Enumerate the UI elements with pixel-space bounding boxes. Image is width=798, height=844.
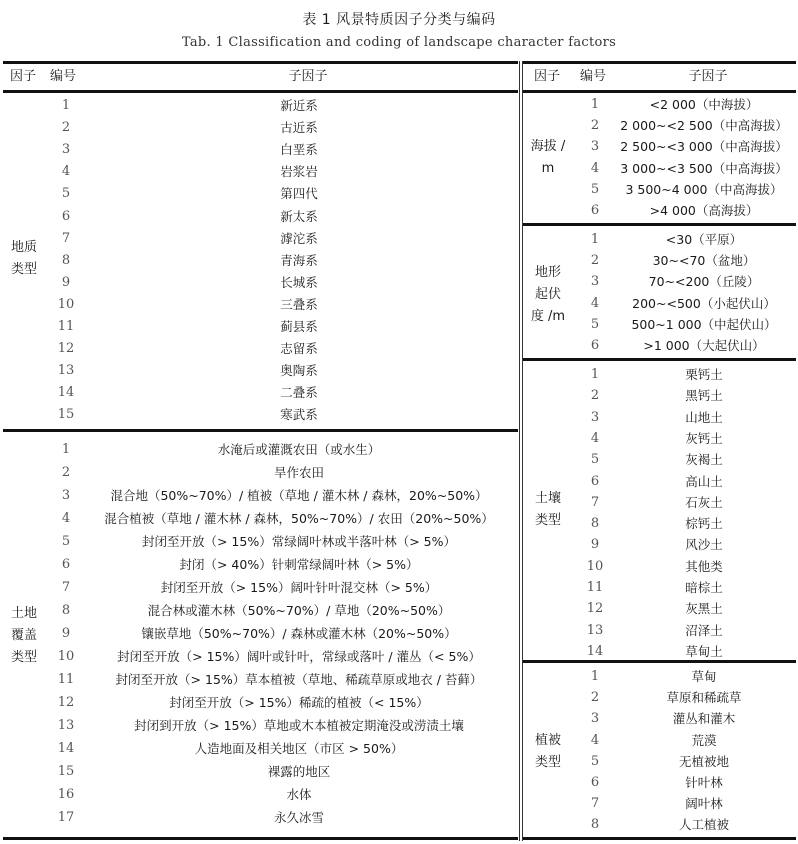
row-subfactor: 2 000~<2 500（中高海拔） [612,115,796,136]
row-code: 4 [48,508,84,529]
factor-relief: 地形 起伏 度 /m [524,262,572,328]
row-code: 2 [578,687,612,708]
row-code: 8 [48,250,84,271]
row-code: 5 [578,751,612,772]
row-code: 6 [48,206,84,227]
row-subfactor: 3 500~4 000（中高海拔） [612,179,796,200]
row-code: 8 [578,814,612,835]
row-subfactor: 封闭（> 40%）针刺常绿阔叶林（> 5%） [84,554,514,575]
row-code: 6 [578,200,612,221]
row-code: 3 [578,708,612,729]
row-code: 4 [578,293,612,314]
row-subfactor: 混合植被（草地 / 灌木林 / 森林，50%~70%）/ 农田（20%~50%） [84,508,514,529]
row-subfactor: 草甸土 [612,641,796,662]
row-subfactor: 水淹后或灌溉农田（或水生） [84,439,514,460]
row-code: 12 [48,338,84,359]
factor-geology: 地质 类型 [4,237,44,281]
row-subfactor: 山地土 [612,407,796,428]
row-code: 3 [578,136,612,157]
row-subfactor: 志留系 [84,338,514,359]
row-subfactor: 其他类 [612,556,796,577]
row-subfactor: 封闭至开放（> 15%）草本植被（草地、稀疏草原或地衣 / 苔藓） [84,669,514,690]
row-subfactor: 封闭至开放（> 15%）阔叶针叶混交林（> 5%） [84,577,514,598]
row-code: 6 [578,335,612,356]
row-subfactor: 人工植被 [612,814,796,835]
row-subfactor: 青海系 [84,250,514,271]
row-subfactor: 栗钙土 [612,364,796,385]
row-subfactor: 新近系 [84,95,514,116]
row-subfactor: 70~<200（丘陵） [612,271,796,292]
row-subfactor: 风沙土 [612,534,796,555]
row-code: 17 [48,807,84,828]
row-code: 11 [48,316,84,337]
row-subfactor: 石灰土 [612,492,796,513]
row-subfactor: 针叶林 [612,772,796,793]
factor-vegetation: 植被 类型 [524,730,572,774]
row-code: 1 [578,229,612,250]
row-subfactor: 白垩系 [84,139,514,160]
row-code: 9 [48,623,84,644]
row-code: 3 [48,139,84,160]
row-code: 6 [48,554,84,575]
row-subfactor: 第四代 [84,183,514,204]
row-subfactor: 200~<500（小起伏山） [612,293,796,314]
center-divider-a [519,61,520,841]
row-subfactor: 封闭至开放（> 15%）稀疏的植被（< 15%） [84,692,514,713]
row-code: 1 [48,439,84,460]
row-code: 13 [48,715,84,736]
row-subfactor: 阔叶林 [612,793,796,814]
row-subfactor: 500~1 000（中起伏山） [612,314,796,335]
factor-landcover: 土地 覆盖 类型 [4,603,44,669]
row-subfactor: 二叠系 [84,382,514,403]
row-subfactor: 草原和稀疏草 [612,687,796,708]
row-code: 1 [48,95,84,116]
row-subfactor: 混合地（50%~70%）/ 植被（草地 / 灌木林 / 森林，20%~50%） [84,485,514,506]
row-subfactor: 沼泽土 [612,620,796,641]
row-code: 9 [578,534,612,555]
row-code: 4 [578,428,612,449]
row-code: 5 [48,531,84,552]
row-code: 2 [48,117,84,138]
row-code: 3 [578,271,612,292]
row-code: 1 [578,94,612,115]
row-code: 13 [578,620,612,641]
row-subfactor: 三叠系 [84,294,514,315]
row-subfactor: 人造地面及相关地区（市区 > 50%） [84,738,514,759]
row-code: 8 [578,513,612,534]
row-code: 15 [48,761,84,782]
row-code: 15 [48,404,84,425]
row-code: 11 [578,577,612,598]
row-subfactor: <2 000（中海拔） [612,94,796,115]
row-code: 6 [578,471,612,492]
row-subfactor: <30（平原） [612,229,796,250]
row-subfactor: 荒漠 [612,730,796,751]
right-rule-2 [523,358,796,361]
row-code: 10 [48,646,84,667]
right-header-factor: 因子 [534,67,560,87]
row-subfactor: 灌丛和灌木 [612,708,796,729]
center-divider-b [522,61,523,841]
right-header-rule [523,90,796,93]
row-subfactor: 混合林或灌木林（50%~70%）/ 草地（20%~50%） [84,600,514,621]
left-bottom-rule [3,837,518,840]
row-code: 5 [578,449,612,470]
row-subfactor: 灰黑土 [612,598,796,619]
row-subfactor: >4 000（高海拔） [612,200,796,221]
row-code: 4 [578,158,612,179]
row-code: 14 [48,738,84,759]
right-header-code: 编号 [580,67,606,87]
row-subfactor: 高山土 [612,471,796,492]
row-code: 16 [48,784,84,805]
row-code: 8 [48,600,84,621]
row-code: 9 [48,272,84,293]
row-subfactor: 封闭至开放（> 15%）阔叶或针叶，常绿或落叶 / 灌丛（< 5%） [84,646,514,667]
row-code: 5 [578,179,612,200]
row-code: 7 [578,793,612,814]
factor-soil: 土壤 类型 [524,488,572,532]
row-subfactor: 3 000~<3 500（中高海拔） [612,158,796,179]
row-subfactor: 封闭到开放（> 15%）草地或木本植被定期淹没或涝渍土壤 [84,715,514,736]
row-code: 4 [48,161,84,182]
row-subfactor: 水体 [84,784,514,805]
row-subfactor: 棕钙土 [612,513,796,534]
row-code: 14 [578,641,612,662]
left-header-code: 编号 [50,67,76,87]
left-header-rule [3,90,518,93]
row-code: 2 [578,385,612,406]
row-code: 11 [48,669,84,690]
row-subfactor: 封闭至开放（> 15%）常绿阔叶林或半落叶林（> 5%） [84,531,514,552]
row-subfactor: 寒武系 [84,404,514,425]
row-subfactor: 岩浆岩 [84,161,514,182]
row-subfactor: 灰钙土 [612,428,796,449]
left-group-rule [3,429,518,432]
right-bottom-rule [523,837,796,840]
row-code: 12 [578,598,612,619]
row-code: 3 [578,407,612,428]
factor-elevation: 海拔 / m [524,136,572,180]
row-subfactor: 灰褐土 [612,449,796,470]
right-header-subfactor: 子因子 [678,67,738,87]
right-rule-1 [523,223,796,226]
row-code: 7 [578,492,612,513]
row-subfactor: 永久冰雪 [84,807,514,828]
row-subfactor: 30~<70（盆地） [612,250,796,271]
row-subfactor: 暗棕土 [612,577,796,598]
row-code: 4 [578,730,612,751]
row-code: 1 [578,666,612,687]
row-subfactor: 古近系 [84,117,514,138]
row-code: 12 [48,692,84,713]
row-subfactor: 草甸 [612,666,796,687]
row-subfactor: >1 000（大起伏山） [612,335,796,356]
row-subfactor: 2 500~<3 000（中高海拔） [612,136,796,157]
row-code: 2 [578,115,612,136]
table-title-en: Tab. 1 Classification and coding of land… [0,35,798,50]
row-subfactor: 长城系 [84,272,514,293]
row-code: 7 [48,228,84,249]
row-subfactor: 无植被地 [612,751,796,772]
row-subfactor: 裸露的地区 [84,761,514,782]
row-code: 6 [578,772,612,793]
row-subfactor: 旱作农田 [84,462,514,483]
right-top-rule [523,61,796,64]
left-top-rule [3,61,518,64]
row-code: 5 [578,314,612,335]
row-subfactor: 奥陶系 [84,360,514,381]
row-code: 14 [48,382,84,403]
row-code: 13 [48,360,84,381]
left-header-subfactor: 子因子 [278,67,338,87]
row-subfactor: 新太系 [84,206,514,227]
right-rule-3 [523,660,796,663]
row-code: 7 [48,577,84,598]
row-subfactor: 滹沱系 [84,228,514,249]
row-code: 10 [578,556,612,577]
row-code: 1 [578,364,612,385]
row-subfactor: 蓟县系 [84,316,514,337]
row-code: 3 [48,485,84,506]
row-code: 10 [48,294,84,315]
row-code: 2 [48,462,84,483]
row-code: 5 [48,183,84,204]
left-header-factor: 因子 [10,67,36,87]
table-title-cn: 表 1 风景特质因子分类与编码 [0,9,798,29]
row-code: 2 [578,250,612,271]
row-subfactor: 镶嵌草地（50%~70%）/ 森林或灌木林（20%~50%） [84,623,514,644]
row-subfactor: 黑钙土 [612,385,796,406]
